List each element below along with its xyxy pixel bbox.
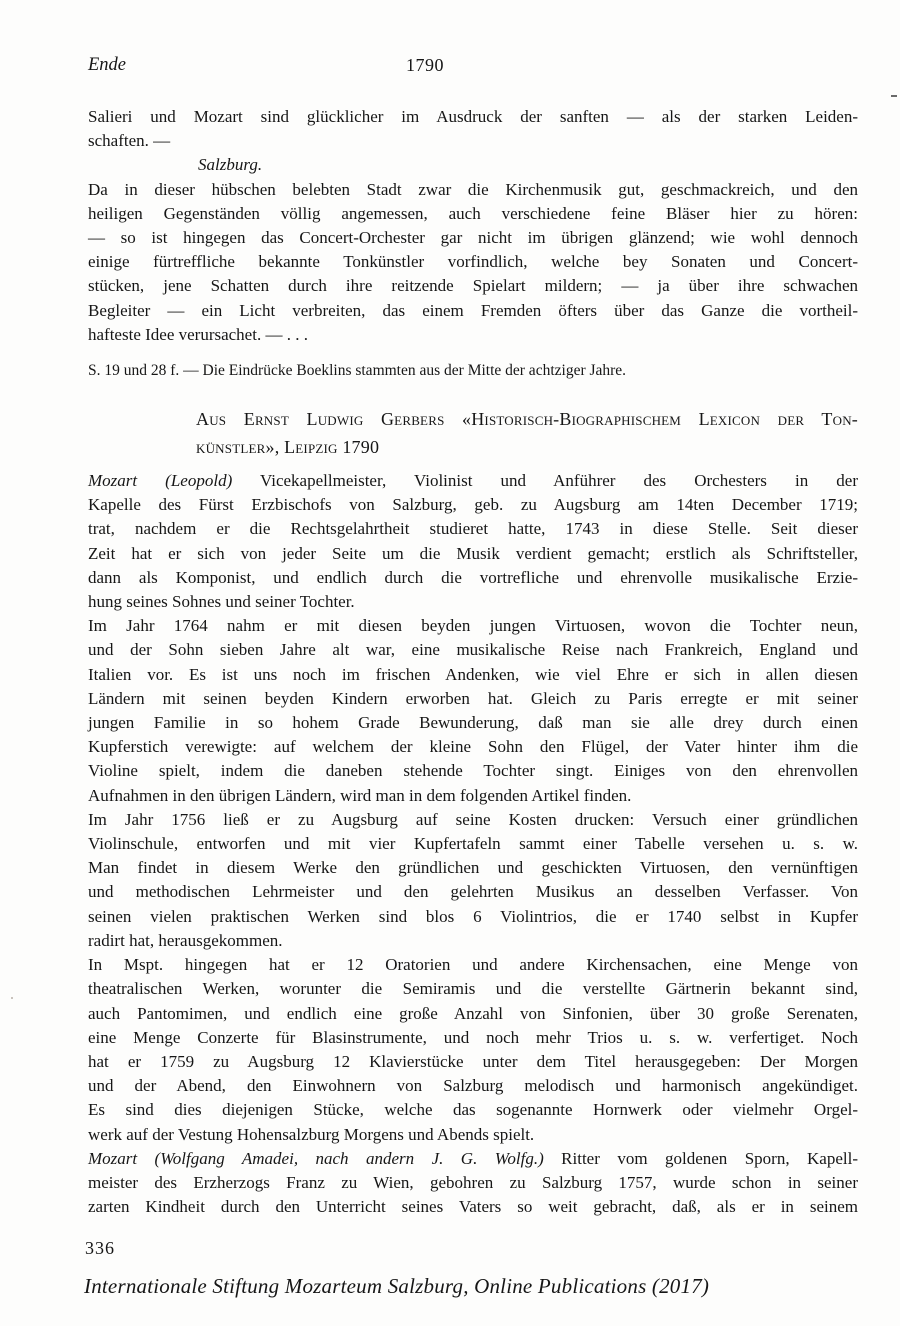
text-line: Im Jahr 1764 nahm er mit diesen beyden j… xyxy=(88,614,858,638)
text-line: Salieri und Mozart sind glücklicher im A… xyxy=(88,105,858,129)
running-title: Ende xyxy=(88,55,126,76)
salzburg-paragraph: Da in dieser hübschen belebten Stadt zwa… xyxy=(88,178,858,347)
text-line: meister des Erzherzogs Franz zu Wien, ge… xyxy=(88,1171,858,1195)
text-line: eine Menge Conzerte für Blasinstrumente,… xyxy=(88,1026,858,1050)
text-line: schaften. — xyxy=(88,129,858,153)
text-line: Im Jahr 1756 ließ er zu Augsburg auf sei… xyxy=(88,808,858,832)
text-line: Mozart (Wolfgang Amadei, nach andern J. … xyxy=(88,1147,858,1171)
text-line: Violine spielt, indem die daneben stehen… xyxy=(88,759,858,783)
text-line: zarten Kindheit durch den Unterricht sei… xyxy=(88,1195,858,1219)
text-line: und der Abend, den Einwohnern von Salzbu… xyxy=(88,1074,858,1098)
text-line: heiligen Gegenständen völlig angemessen,… xyxy=(88,202,858,226)
text-line: Aus Ernst Ludwig Gerbers «Historisch-Bio… xyxy=(196,405,858,433)
footnote: S. 19 und 28 f. — Die Eindrücke Boeklins… xyxy=(88,361,858,381)
text-line: und der Sohn sieben Jahre alt war, eine … xyxy=(88,638,858,662)
text-line: radirt hat, herausgekommen. xyxy=(88,929,858,953)
text-line: Kapelle des Fürst Erzbischofs von Salzbu… xyxy=(88,493,858,517)
text-line: Zeit hat er sich von jeder Seite um die … xyxy=(88,542,858,566)
article-body: Mozart (Leopold) Vicekapellmeister, Viol… xyxy=(88,469,858,1219)
text-line: Ländern mit seinen beyden Kindern erworb… xyxy=(88,687,858,711)
page-header: Ende 1790 xyxy=(88,55,858,79)
text-line: Es sind dies diejenigen Stücke, welche d… xyxy=(88,1098,858,1122)
page-number: 336 xyxy=(85,1238,115,1259)
text-line: einige fürtreffliche bekannte Tonkünstle… xyxy=(88,250,858,274)
year-label: 1790 xyxy=(406,55,444,76)
text-line: theatralischen Werken, worunter die Semi… xyxy=(88,977,858,1001)
scanned-book-page: Ende 1790 Salieri und Mozart sind glückl… xyxy=(0,0,900,1326)
text-line: Da in dieser hübschen belebten Stadt zwa… xyxy=(88,178,858,202)
text-line: seinen vielen praktischen Werken sind bl… xyxy=(88,905,858,929)
text-line: stücken, jene Schatten durch ihre reitze… xyxy=(88,274,858,298)
text-line: und methodischen Lehrmeister und den gel… xyxy=(88,880,858,904)
text-line: trat, nachdem er die Rechtsgelahrtheit s… xyxy=(88,517,858,541)
text-line: werk auf der Vestung Hohensalzburg Morge… xyxy=(88,1123,858,1147)
scan-artifact xyxy=(891,95,897,97)
section-heading: Aus Ernst Ludwig Gerbers «Historisch-Bio… xyxy=(88,405,858,461)
text-line: Salzburg. xyxy=(88,153,900,177)
text-line: auch Pantomimen, und endlich eine große … xyxy=(88,1002,858,1026)
text-line: Man findet in diesem Werke den gründlich… xyxy=(88,856,858,880)
publication-footer: Internationale Stiftung Mozarteum Salzbu… xyxy=(84,1274,709,1299)
text-line: künstler», Leipzig 1790 xyxy=(196,433,858,461)
text-line: Italien vor. Es ist uns noch im frischen… xyxy=(88,663,858,687)
text-line: hung seines Sohnes und seiner Tochter. xyxy=(88,590,858,614)
text-line: hafteste Idee verursachet. — . . . xyxy=(88,323,858,347)
text-line: In Mspt. hingegen hat er 12 Oratorien un… xyxy=(88,953,858,977)
text-line: Begleiter — ein Licht verbreiten, das ei… xyxy=(88,299,858,323)
text-body: Salieri und Mozart sind glücklicher im A… xyxy=(88,105,858,1219)
text-line: jungen Familie in so hohem Grade Bewunde… xyxy=(88,711,858,735)
text-line: Kupferstich verewigte: auf welchem der k… xyxy=(88,735,858,759)
text-line: S. 19 und 28 f. — Die Eindrücke Boeklins… xyxy=(88,361,858,381)
text-line: Mozart (Leopold) Vicekapellmeister, Viol… xyxy=(88,469,858,493)
text-line: dann als Komponist, und endlich durch di… xyxy=(88,566,858,590)
text-line: Violinschule, entworfen und mit vier Kup… xyxy=(88,832,858,856)
text-line: hat er 1759 zu Augsburg 12 Klavierstücke… xyxy=(88,1050,858,1074)
text-line: Aufnahmen in den übrigen Ländern, wird m… xyxy=(88,784,858,808)
text-line: — so ist hingegen das Concert-Orchester … xyxy=(88,226,858,250)
scan-artifact xyxy=(11,997,13,999)
opening-paragraph: Salieri und Mozart sind glücklicher im A… xyxy=(88,105,858,178)
